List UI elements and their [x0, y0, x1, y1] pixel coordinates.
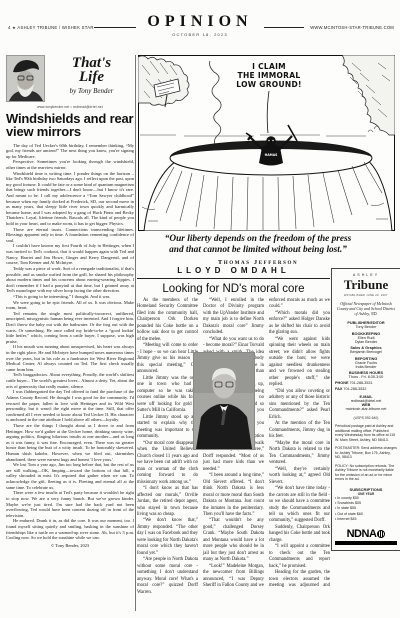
- page-number-label: 4 ★ ASHLEY TRIBUNE / WISHEK STAR: [8, 25, 94, 30]
- paragraph: Little Jimmy stood up and started to exp…: [137, 415, 198, 441]
- paragraph: “I will appoint a committee to check out…: [269, 544, 330, 570]
- column-title: That's Life: [63, 56, 121, 85]
- columnist-name: LLOYD OMDAHL: [137, 266, 330, 279]
- article-headline: Windshields and rear view mirrors: [6, 112, 134, 139]
- paragraph: “Our moral core disappeared when the Uni…: [137, 441, 198, 486]
- newspaper-page: 4 ★ ASHLEY TRIBUNE / WISHEK STAR OPINION…: [0, 0, 400, 618]
- globe-icon: [377, 530, 385, 538]
- ndna-bar: [335, 541, 397, 545]
- editorial-cartoon: HAMAS I CLAIM THE IMMORAL LOW GROUND!: [138, 55, 395, 231]
- phone-line: PHONE 701-288-3531: [335, 381, 397, 385]
- paragraph: He endured. Drank it in, as did the core…: [6, 518, 134, 540]
- paragraph: “Well, I enrolled in the Doctor of Divin…: [203, 298, 264, 337]
- copyright-line: © Tony Bender, 2023: [6, 543, 134, 548]
- paragraph: “Well, they're certainly worth looking a…: [269, 467, 330, 486]
- svg-text:I CLAIM: I CLAIM: [252, 62, 286, 71]
- paragraph: “That wouldn't be any good,” challenged …: [203, 518, 264, 563]
- header-rule-right: [264, 27, 304, 28]
- postage-note: Periodical postage paid at Ashley and ad…: [335, 424, 397, 442]
- column-byline: by Tony Bender: [49, 87, 134, 95]
- svg-text:THE IMMORAL: THE IMMORAL: [238, 71, 301, 80]
- paragraph: Perspective. Sometimes you're looking th…: [6, 159, 134, 170]
- paragraph: As the members of the Homeland Security …: [137, 298, 198, 343]
- author-contact-line: www.tonybender.net • redhead@drtel.net: [6, 105, 134, 109]
- lloyd-omdahl-photo: [193, 352, 255, 450]
- ndna-logo: NDNA: [335, 528, 397, 540]
- paragraph: “We went against kids spinning their whe…: [269, 337, 330, 389]
- paragraph: Teddy was a piece of work. Sort of a ren…: [6, 266, 134, 294]
- staff-name: Dylan Bender: [335, 340, 397, 344]
- quote-line-1: “Our liberty depends on the freedom of t…: [138, 234, 378, 245]
- usps-number: (USPS 092-640): [335, 416, 397, 420]
- svg-text:LOW GROUND!: LOW GROUND!: [236, 80, 301, 89]
- pull-quote: “Our liberty depends on the freedom of t…: [138, 234, 378, 266]
- figure-label: HAMAS: [265, 153, 278, 157]
- paragraph: Windshield time is writing time. I ponde…: [6, 171, 134, 227]
- paragraph: “We don't have time today - the carrots …: [269, 486, 330, 525]
- paragraph: “Maybe the moral core in North Dakota is…: [269, 441, 330, 467]
- column-title-block: That's Life by Tony Bender: [49, 55, 134, 102]
- paragraph: Ted remains the single most politically-…: [6, 311, 134, 345]
- paragraph: “Which morals did you enforce?” asked Ho…: [269, 311, 330, 337]
- section-header: OPINION OCTOBER 18, 2023: [138, 13, 262, 37]
- paragraph: “We don't know that,” Jimmy responded. “…: [137, 518, 198, 557]
- article-headline: Looking for ND's moral core: [137, 283, 330, 295]
- paragraph: At the mention of the Ten Commandments, …: [269, 421, 330, 440]
- paragraph: “I been around a long time,” Old Sievert…: [203, 473, 264, 518]
- masthead-title: Tribune: [335, 277, 397, 293]
- staff-name: India Bender: [335, 365, 397, 369]
- paragraph: There were a few insults at Ted's party …: [6, 490, 134, 518]
- article-body: The day of Ted Uecker's 60th birthday, I…: [6, 143, 134, 541]
- quote-line-2: and that cannot be limited without being…: [138, 245, 378, 256]
- staff-name: Tony Bender: [335, 325, 397, 329]
- fax-line: FAX 701-288-3532: [335, 387, 397, 391]
- section-title: OPINION: [138, 13, 262, 31]
- website-url: WWW.MCINTOSH-STAR-TRIBUNE.COM: [310, 25, 394, 30]
- established-line: ESTABLISHED JUNE 29, 1907: [335, 294, 397, 297]
- header-rule-left: [94, 27, 136, 28]
- paragraph: I couldn't have known my first Fourth of…: [6, 243, 134, 265]
- masthead-box: ASHLEY Tribune ESTABLISHED JUNE 29, 1907…: [331, 268, 400, 551]
- web-address: mcintosh-star-tribune.net: [335, 407, 397, 411]
- paragraph: Suddenly, Chairperson Ork banged his Cok…: [269, 525, 330, 544]
- omdahl-article: LLOYD OMDAHL Looking for ND's moral core…: [137, 266, 330, 600]
- paragraph: If his mouth was running about unsupervi…: [6, 344, 134, 372]
- paragraph: Little Jimmy was the only one in town wh…: [137, 376, 198, 415]
- postmaster-note: POSTMASTER: Send address changes to: Ash…: [335, 446, 397, 460]
- tony-bender-photo: [6, 55, 45, 102]
- official-newspaper-note: Official Newspaper of McIntosh County an…: [335, 301, 397, 316]
- business-hours: Thurs - Fri. 8:30-3:00: [335, 375, 397, 379]
- paragraph: “Are people in North Dakota without some…: [137, 557, 198, 596]
- column-divider: [135, 55, 136, 611]
- paragraph: I was flabbergasted the day Ted offered …: [6, 389, 134, 423]
- paragraph: Those are the things I thought about as …: [6, 423, 134, 462]
- paragraph: “Meeting will come to order - I hope - s…: [137, 343, 198, 375]
- paragraph: • Internet $45: [335, 517, 397, 522]
- paragraph: The day of Ted Uecker's 60th birthday, I…: [6, 143, 134, 160]
- staff-name: Benjamin Breivogel: [335, 350, 397, 354]
- paragraph: We lost Tom a year ago, Jim too long bef…: [6, 462, 134, 490]
- paragraph: Those are eternal trusts. Connections tr…: [6, 227, 134, 244]
- column-header: That's Life by Tony Bender: [6, 55, 134, 102]
- paragraph: “Did you allow coveting or adultery or a…: [269, 389, 330, 421]
- paragraph: We were going to be epic friends. All of…: [6, 300, 134, 311]
- subscriptions-list: • In county $50• Snowbirds $55• In state…: [335, 496, 397, 522]
- thats-life-column: That's Life by Tony Bender www.tonybende…: [6, 55, 134, 548]
- quote-attribution: Thomas Jefferson: [138, 259, 378, 266]
- issue-date: OCTOBER 18, 2023: [138, 32, 262, 37]
- policy-note: POLICY: No subscription refunds. The Ash…: [335, 464, 397, 482]
- email-block: E-MAIL redhead@drtel.net WEB mcintosh-st…: [335, 395, 397, 411]
- paragraph: Ted's braggadocios. About everything. Pr…: [6, 372, 134, 389]
- paragraph: “I don't know as that has affected our m…: [137, 486, 198, 518]
